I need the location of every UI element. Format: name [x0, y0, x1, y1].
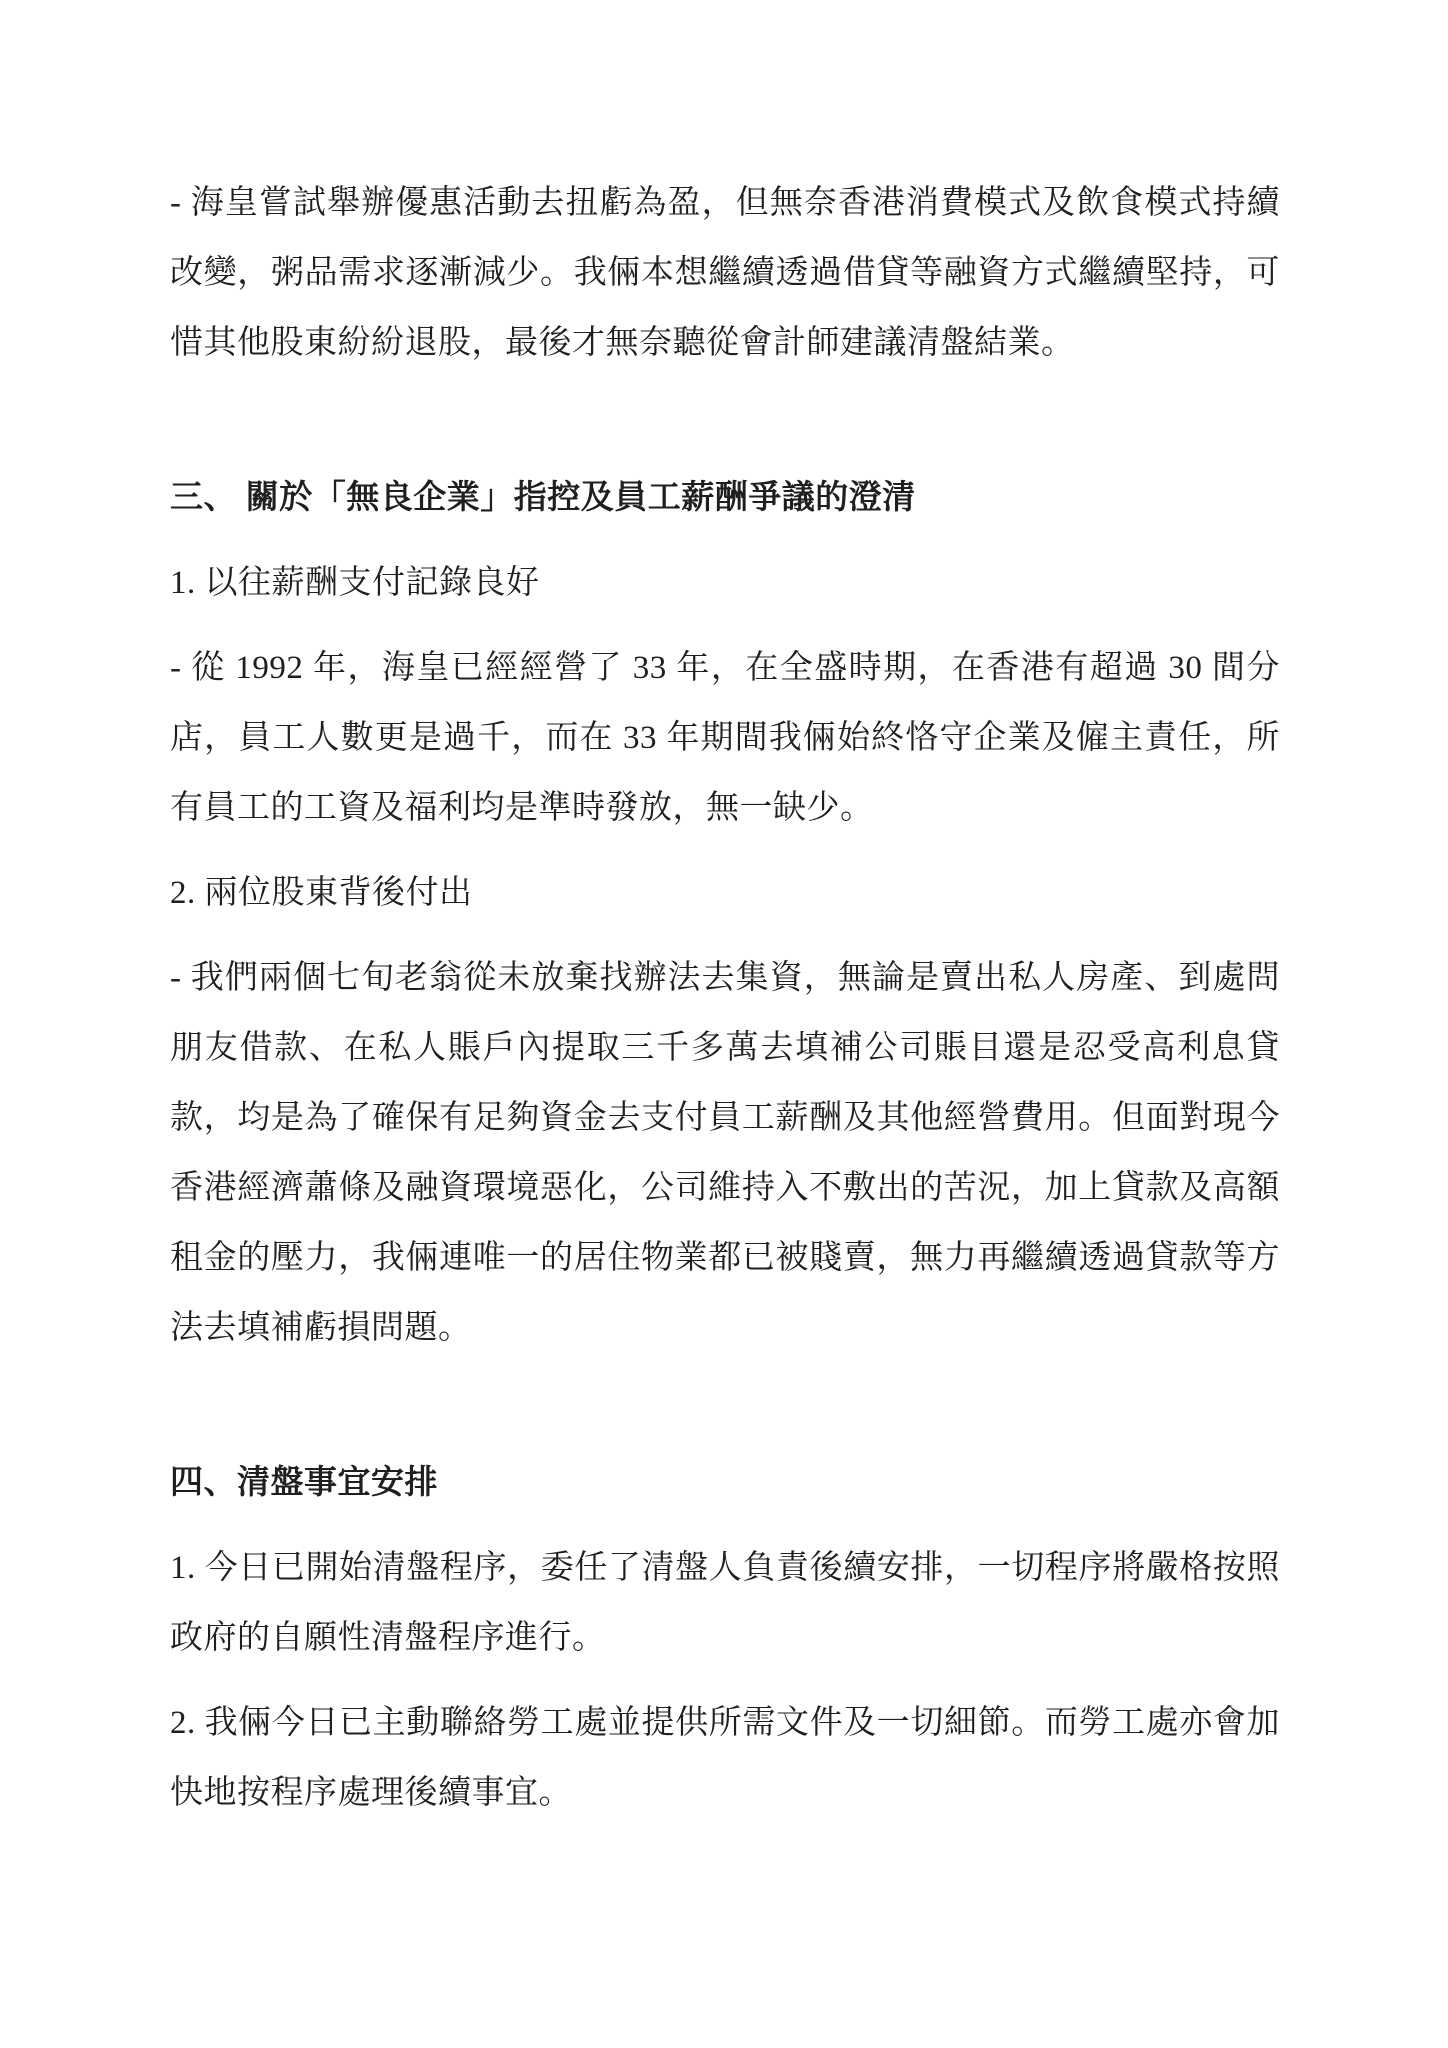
section-3-item-2-title: 2. 兩位股東背後付出 — [170, 858, 1280, 928]
section-3-item-2-paragraph: - 我們兩個七旬老翁從未放棄找辦法去集資，無論是賣出私人房產、到處問朋友借款、在… — [170, 943, 1280, 1363]
section-3-item-1-title: 1. 以往薪酬支付記錄良好 — [170, 548, 1280, 618]
document-page: - 海皇嘗試舉辦優惠活動去扭虧為盈，但無奈香港消費模式及飲食模式持續改變，粥品需… — [0, 0, 1448, 2048]
section-4-item-1-paragraph: 1. 今日已開始清盤程序，委任了清盤人負責後續安排，一切程序將嚴格按照政府的自願… — [170, 1533, 1280, 1673]
section-3-heading: 三、 關於「無良企業」指控及員工薪酬爭議的澄清 — [170, 463, 1280, 533]
section-4-heading: 四、清盤事宜安排 — [170, 1448, 1280, 1518]
section-4-item-2-paragraph: 2. 我倆今日已主動聯絡勞工處並提供所需文件及一切細節。而勞工處亦會加快地按程序… — [170, 1688, 1280, 1828]
section-3-item-1-paragraph: - 從 1992 年，海皇已經經營了 33 年，在全盛時期，在香港有超過 30 … — [170, 633, 1280, 843]
intro-paragraph: - 海皇嘗試舉辦優惠活動去扭虧為盈，但無奈香港消費模式及飲食模式持續改變，粥品需… — [170, 168, 1280, 378]
